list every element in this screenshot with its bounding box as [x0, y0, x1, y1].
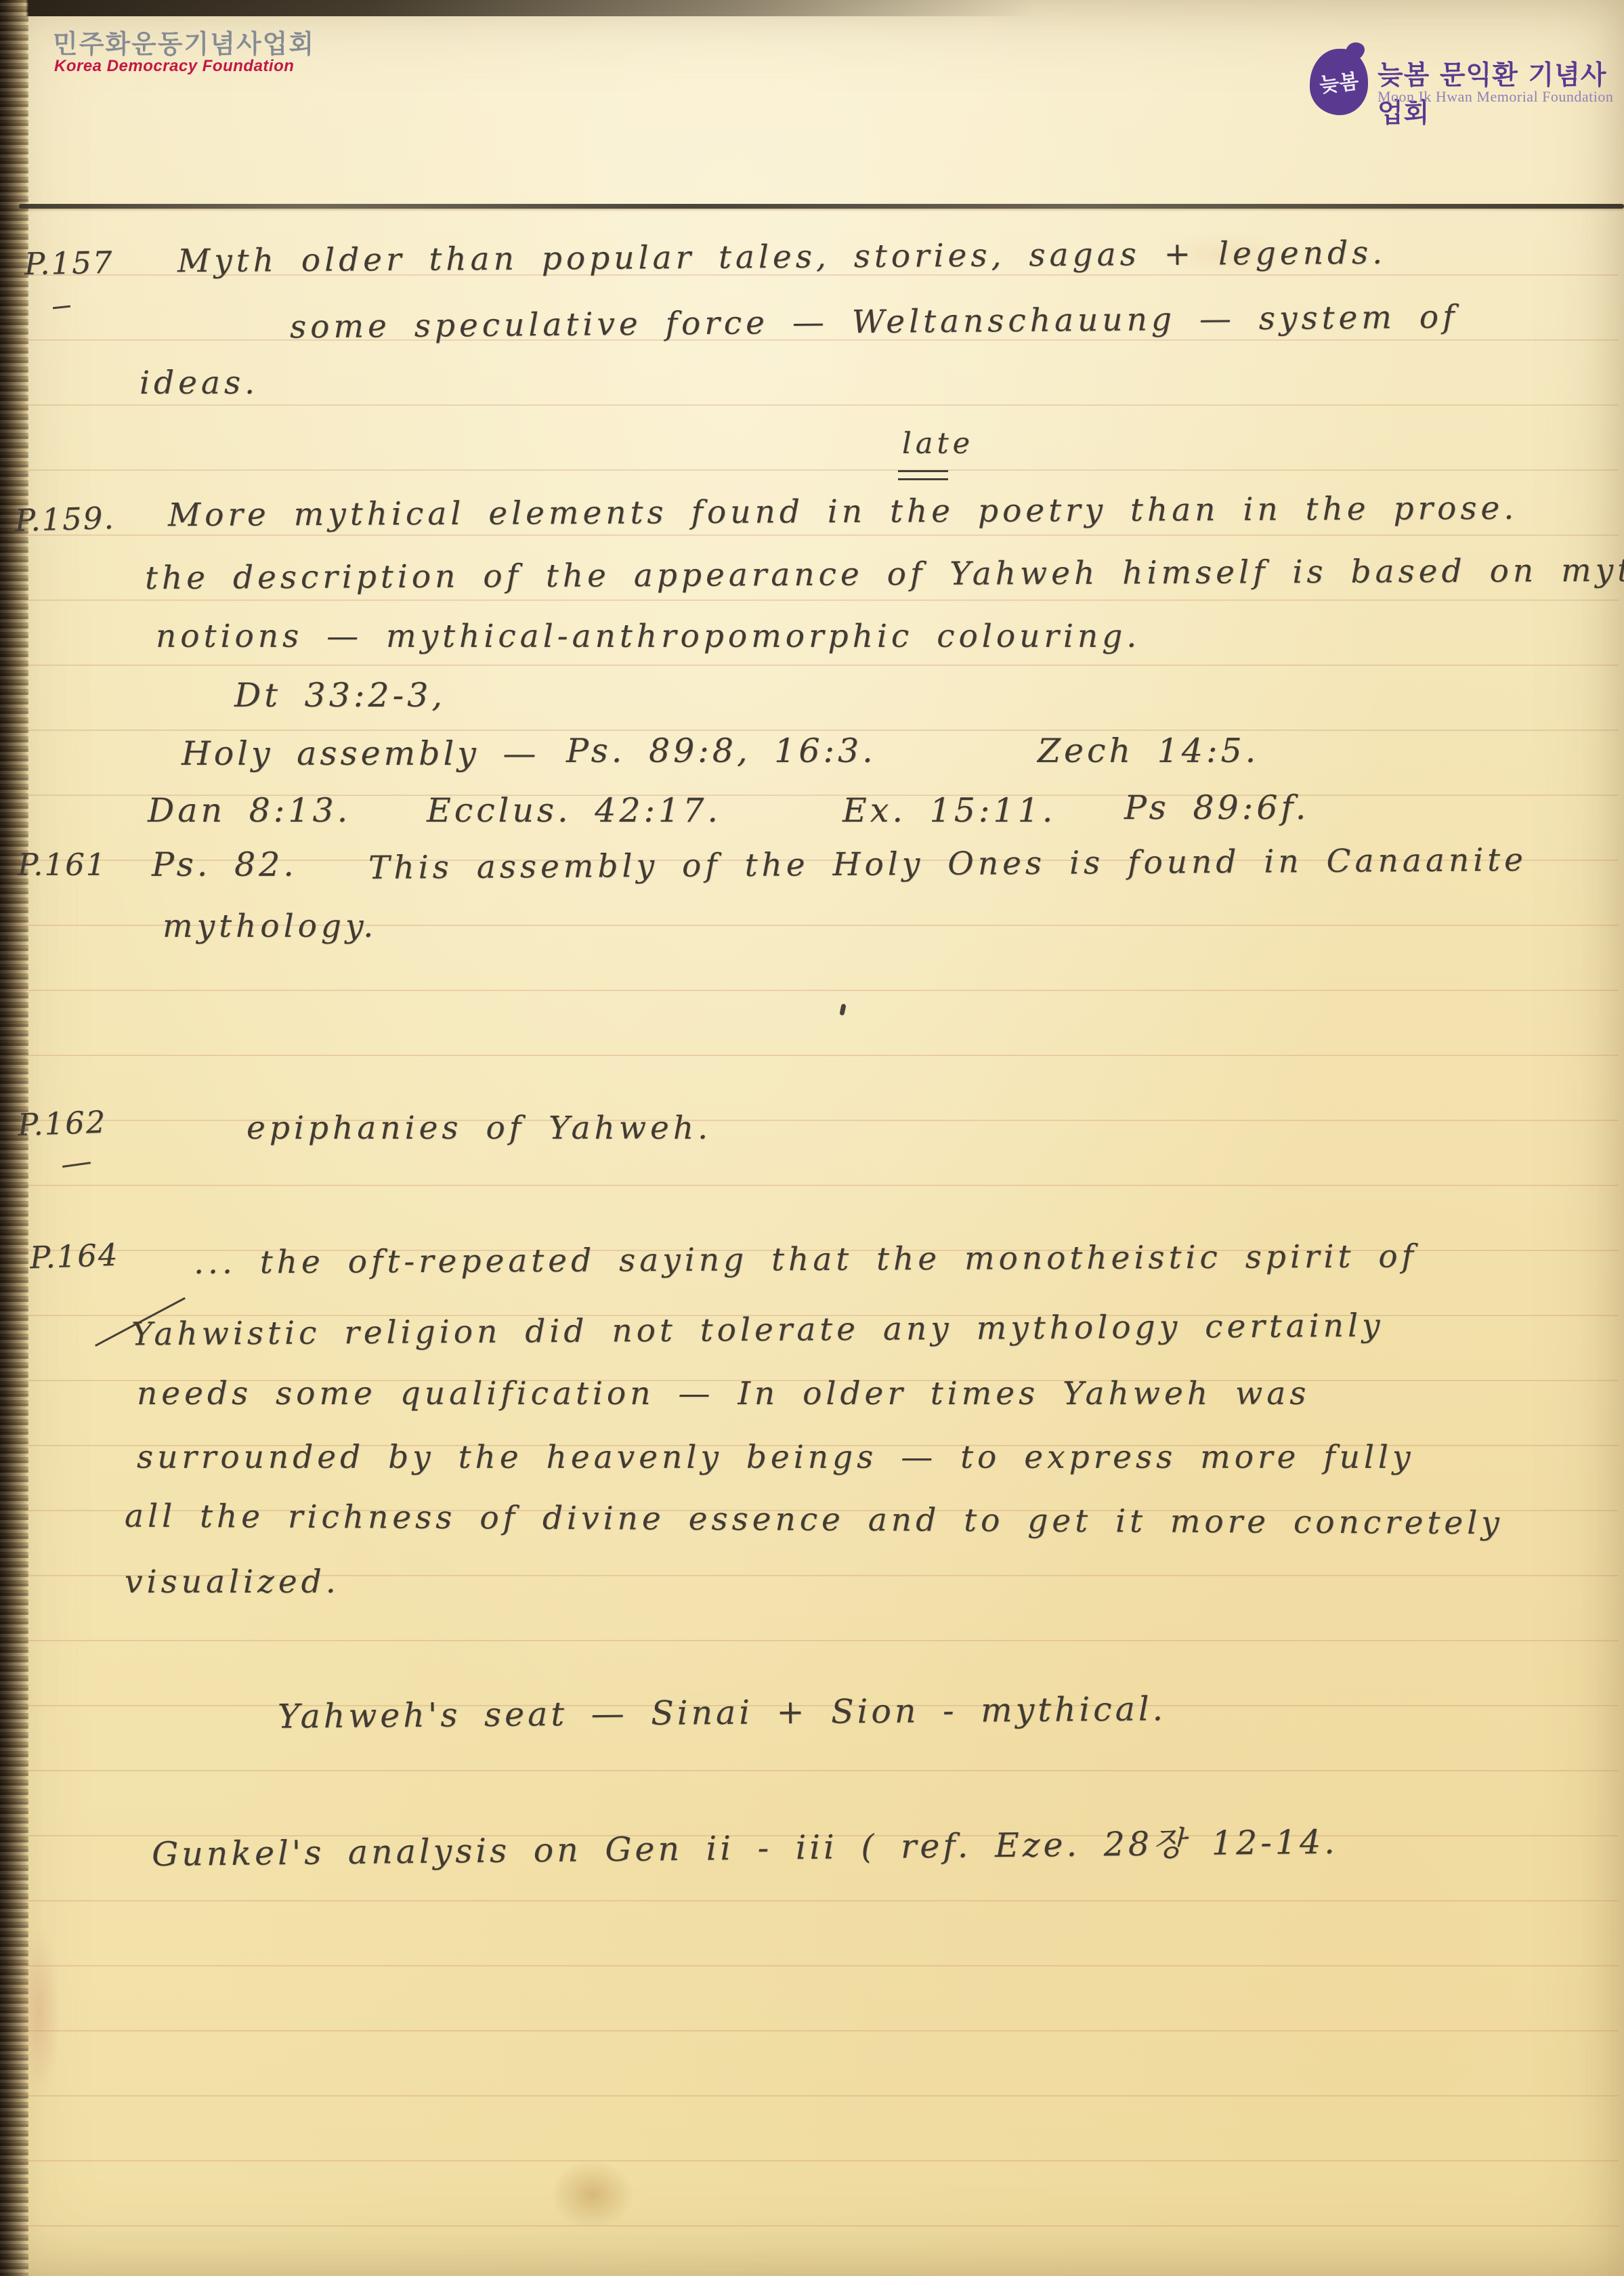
kdf-logo-korean: 민주화운동기념사업회: [53, 23, 315, 60]
top-margin-rule: [19, 204, 1624, 209]
scripture-reference: Zech 14:5.: [1038, 732, 1259, 770]
insertion-word: late: [902, 427, 974, 461]
kdf-logo-english: Korea Democracy Foundation: [54, 57, 294, 76]
handwritten-line: mythology.: [163, 908, 377, 945]
handwritten-line: Yahweh's seat — Sinai + Sion - mythical.: [278, 1689, 1167, 1735]
page-stack-top-edge: [0, 0, 1056, 16]
page-ref-label: P.164: [29, 1237, 119, 1276]
insertion-double-underline: [898, 470, 948, 480]
handwritten-line: visualized.: [125, 1563, 340, 1601]
scripture-reference: Ps. 82.: [152, 845, 297, 884]
scripture-reference: Ecclus. 42:17.: [427, 791, 721, 830]
handwritten-line: surrounded by the heavenly beings — to e…: [137, 1439, 1415, 1476]
scripture-reference: Ps. 89:8, 16:3.: [566, 732, 876, 770]
notebook-page: 민주화운동기념사업회 Korea Democracy Foundation 늦봄…: [0, 0, 1624, 2276]
handwritten-line: epiphanies of Yahweh.: [247, 1110, 712, 1147]
scripture-reference: Holy assembly —: [181, 734, 539, 773]
page-ref-label: P.161: [18, 847, 106, 883]
moon-foundation-seal-icon: 늦봄: [1310, 49, 1368, 115]
handwritten-line: ideas.: [140, 364, 259, 402]
scripture-reference: Ps 89:6f.: [1124, 788, 1309, 827]
handwritten-line: needs some qualification — In older time…: [137, 1375, 1310, 1412]
scripture-reference: Dan 8:13.: [148, 791, 351, 830]
page-ref-label: P.162: [17, 1104, 107, 1143]
handwritten-line: More mythical elements found in the poet…: [168, 490, 1518, 534]
moon-seal-calligraphy: 늦봄: [1308, 64, 1369, 100]
page-ref-label: P.159.: [14, 500, 115, 539]
scripture-reference: Dt 33:2-3,: [234, 676, 446, 715]
handwritten-line: the description of the appearance of Yah…: [145, 551, 1624, 597]
moon-foundation-english: Moon Ik Hwan Memorial Foundation: [1377, 88, 1613, 106]
scripture-reference: Ex. 15:11.: [842, 791, 1056, 830]
page-ref-label: P.157: [24, 245, 114, 282]
handwritten-line: ... the oft-repeated saying that the mon…: [194, 1238, 1417, 1281]
handwritten-line: all the richness of divine essence and t…: [125, 1498, 1503, 1542]
handwritten-line: notions — mythical-anthropomorphic colou…: [156, 618, 1140, 655]
